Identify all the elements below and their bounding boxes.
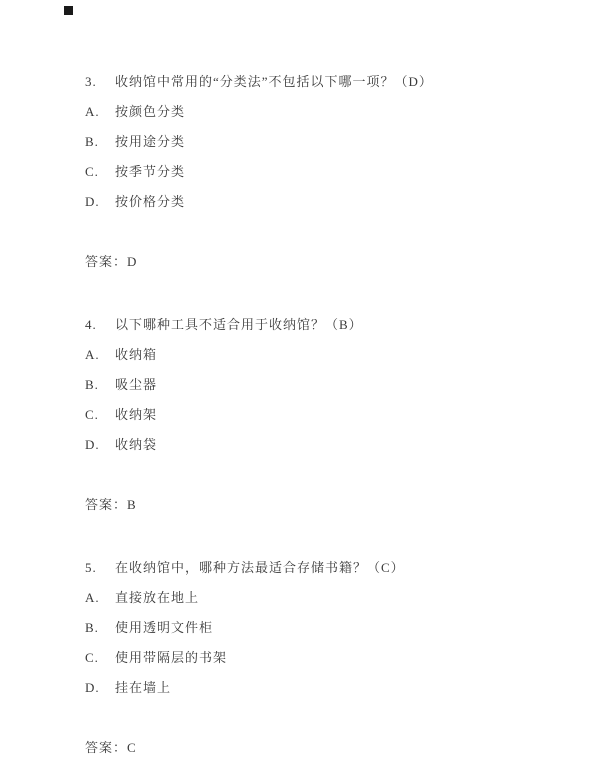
option-letter: B. xyxy=(85,376,115,393)
option-text: 按价格分类 xyxy=(115,193,185,210)
option-letter: D. xyxy=(85,193,115,210)
question-block: 3. 收纳馆中常用的“分类法”不包括以下哪一项？（D） A. 按颜色分类 B. … xyxy=(85,73,565,283)
option-letter: C. xyxy=(85,406,115,423)
answer-value: B xyxy=(127,496,137,513)
option-line: A. 直接放在地上 xyxy=(85,589,565,619)
question-block: 4. 以下哪种工具不适合用于收纳馆？（B） A. 收纳箱 B. 吸尘器 C. 收… xyxy=(85,316,565,526)
answer-label: 答案： xyxy=(85,253,127,270)
answer-line: 答案： B xyxy=(85,496,565,526)
answer-value: C xyxy=(127,739,137,756)
option-line: D. 挂在墙上 xyxy=(85,679,565,709)
option-line: B. 吸尘器 xyxy=(85,376,565,406)
quiz-content: 3. 收纳馆中常用的“分类法”不包括以下哪一项？（D） A. 按颜色分类 B. … xyxy=(85,73,565,769)
option-text: 直接放在地上 xyxy=(115,589,199,606)
option-letter: D. xyxy=(85,679,115,696)
option-line: A. 收纳箱 xyxy=(85,346,565,376)
question-text: 在收纳馆中，哪种方法最适合存储书籍？（C） xyxy=(115,559,405,576)
question-text: 以下哪种工具不适合用于收纳馆？（B） xyxy=(115,316,363,333)
option-text: 收纳袋 xyxy=(115,436,157,453)
answer-line: 答案： C xyxy=(85,739,565,769)
option-text: 使用带隔层的书架 xyxy=(115,649,227,666)
option-text: 挂在墙上 xyxy=(115,679,171,696)
option-line: C. 按季节分类 xyxy=(85,163,565,193)
question-line: 5. 在收纳馆中，哪种方法最适合存储书籍？（C） xyxy=(85,559,565,589)
black-square-marker-icon xyxy=(64,6,73,15)
option-line: D. 按价格分类 xyxy=(85,193,565,223)
option-text: 按季节分类 xyxy=(115,163,185,180)
answer-value: D xyxy=(127,253,137,270)
option-letter: D. xyxy=(85,436,115,453)
question-line: 3. 收纳馆中常用的“分类法”不包括以下哪一项？（D） xyxy=(85,73,565,103)
option-letter: A. xyxy=(85,103,115,120)
option-text: 使用透明文件柜 xyxy=(115,619,213,636)
option-text: 按颜色分类 xyxy=(115,103,185,120)
option-text: 吸尘器 xyxy=(115,376,157,393)
question-text: 收纳馆中常用的“分类法”不包括以下哪一项？（D） xyxy=(115,73,433,90)
option-text: 收纳箱 xyxy=(115,346,157,363)
option-text: 按用途分类 xyxy=(115,133,185,150)
answer-line: 答案： D xyxy=(85,253,565,283)
question-line: 4. 以下哪种工具不适合用于收纳馆？（B） xyxy=(85,316,565,346)
option-letter: A. xyxy=(85,346,115,363)
option-line: A. 按颜色分类 xyxy=(85,103,565,133)
answer-label: 答案： xyxy=(85,496,127,513)
option-line: B. 按用途分类 xyxy=(85,133,565,163)
option-text: 收纳架 xyxy=(115,406,157,423)
option-line: C. 收纳架 xyxy=(85,406,565,436)
option-line: B. 使用透明文件柜 xyxy=(85,619,565,649)
answer-label: 答案： xyxy=(85,739,127,756)
option-letter: C. xyxy=(85,163,115,180)
option-letter: B. xyxy=(85,133,115,150)
option-line: D. 收纳袋 xyxy=(85,436,565,466)
document-page: 3. 收纳馆中常用的“分类法”不包括以下哪一项？（D） A. 按颜色分类 B. … xyxy=(0,0,600,776)
option-line: C. 使用带隔层的书架 xyxy=(85,649,565,679)
question-number: 4. xyxy=(85,316,115,333)
question-number: 5. xyxy=(85,559,115,576)
option-letter: C. xyxy=(85,649,115,666)
option-letter: A. xyxy=(85,589,115,606)
question-number: 3. xyxy=(85,73,115,90)
question-block: 5. 在收纳馆中，哪种方法最适合存储书籍？（C） A. 直接放在地上 B. 使用… xyxy=(85,559,565,769)
option-letter: B. xyxy=(85,619,115,636)
